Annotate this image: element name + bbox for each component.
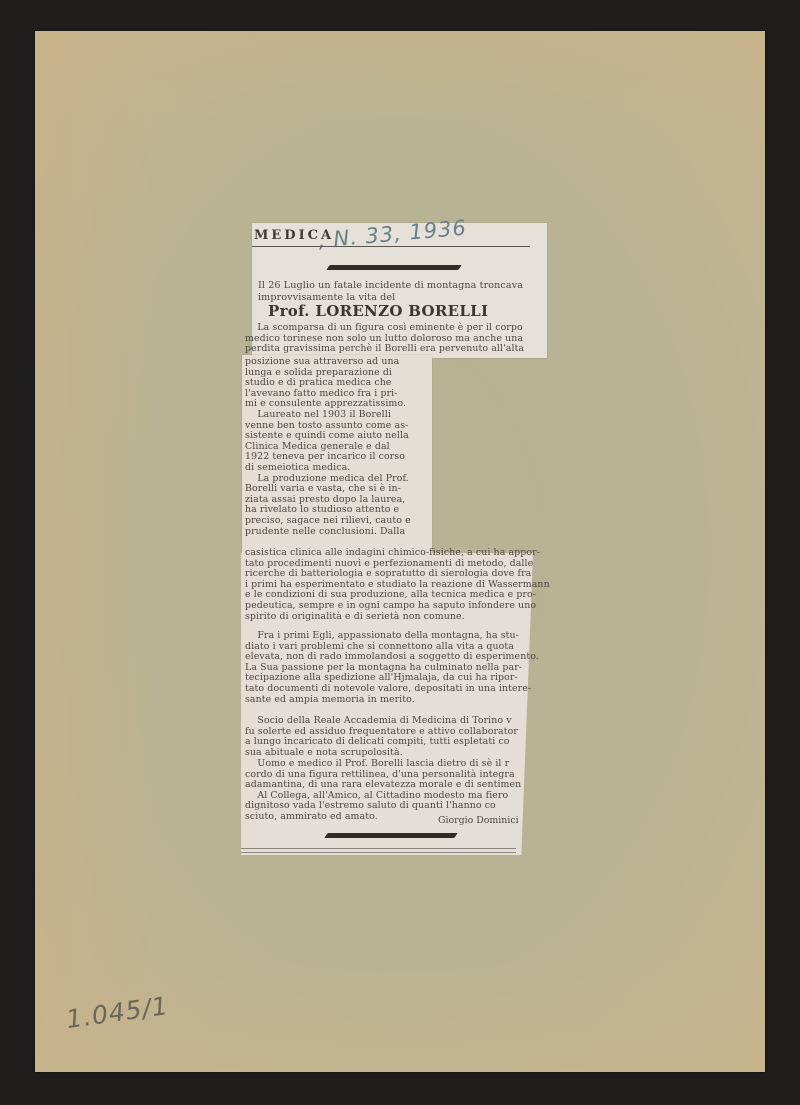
masthead-rule [252, 246, 530, 247]
paragraph-5: Socio della Reale Accademia di Medicina … [245, 716, 518, 758]
decorative-rule-top [326, 265, 462, 270]
paragraph-4: Fra i primi Egli, appassionato della mon… [245, 631, 539, 705]
decorative-rule-bottom [324, 833, 458, 838]
paragraph-6: Uomo e medico il Prof. Borelli lascia di… [245, 759, 521, 823]
paragraph-2: posizione sua attraverso ad una lunga e … [245, 357, 411, 537]
paragraph-3: casistica clinica alle indagini chimico-… [245, 548, 550, 622]
obituary-headline: Prof. LORENZO BORELLI [268, 302, 488, 320]
card-edge-discoloration [35, 31, 155, 1072]
intro-line: improvvisamente la vita del [258, 292, 395, 303]
paragraph-1: La scomparsa di un figura così eminente … [245, 323, 524, 355]
scan-background: MEDICA , N. 33, 1936 Il 26 Luglio un fat… [0, 0, 800, 1105]
author-signature: Giorgio Dominici [438, 815, 519, 826]
intro-text: Il 26 Luglio un fatale incidente di mont… [258, 280, 523, 303]
card-edge-discoloration [35, 31, 765, 121]
clipping-bottom-rules [241, 848, 516, 853]
intro-line: Il 26 Luglio un fatale incidente di mont… [258, 280, 523, 291]
